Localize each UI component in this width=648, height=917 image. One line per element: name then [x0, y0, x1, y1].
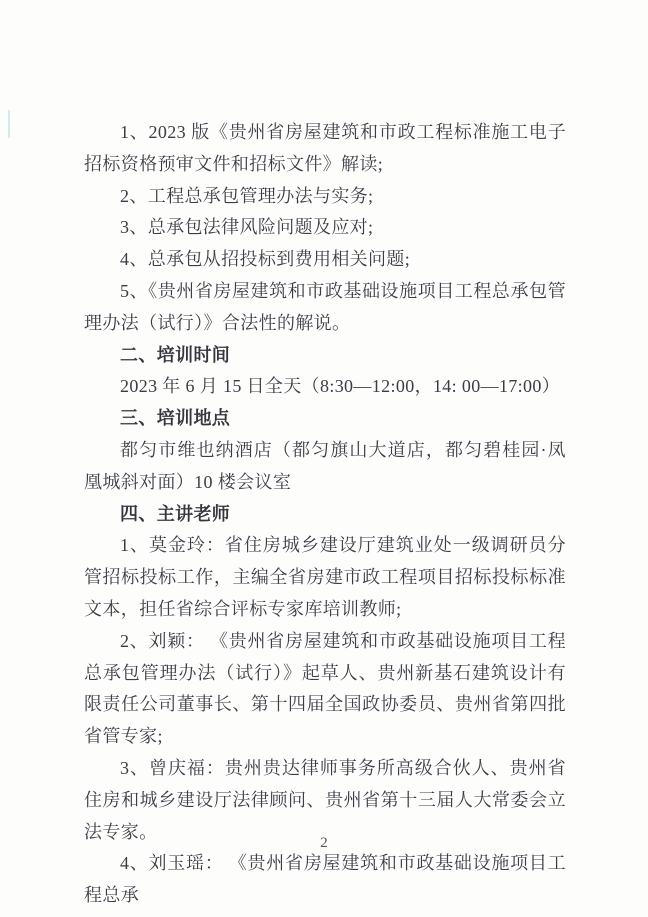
list-item-2: 2、工程总承包管理办法与实务; [84, 181, 566, 213]
document-body: 1、2023 版《贵州省房屋建筑和市政工程标准施工电子招标资格预审文件和招标文件… [84, 117, 566, 912]
scan-artifact [8, 110, 10, 138]
list-item-5: 5、《贵州省房屋建筑和市政基础设施项目工程总承包管理办法（试行）》合法性的解说。 [84, 276, 566, 340]
list-item-1: 1、2023 版《贵州省房屋建筑和市政工程标准施工电子招标资格预审文件和招标文件… [84, 117, 566, 181]
list-item-4: 4、总承包从招投标到费用相关问题; [84, 244, 566, 276]
lecturer-item-2: 2、刘颖： 《贵州省房屋建筑和市政基础设施项目工程总承包管理办法（试行）》起草人… [84, 626, 566, 753]
training-location-text: 都匀市维也纳酒店（都匀旗山大道店，都匀碧桂园·凤凰城斜对面）10 楼会议室 [84, 435, 566, 499]
section-heading-lecturers: 四、主讲老师 [84, 499, 566, 531]
section-heading-training-time: 二、培训时间 [84, 340, 566, 372]
training-time-text: 2023 年 6 月 15 日全天（8:30—12:00，14: 00—17:0… [84, 371, 566, 403]
lecturer-item-4: 4、刘玉瑶： 《贵州省房屋建筑和市政基础设施项目工程总承 [84, 848, 566, 912]
page-number: 2 [0, 835, 648, 852]
list-item-3: 3、总承包法律风险问题及应对; [84, 212, 566, 244]
document-page: 1、2023 版《贵州省房屋建筑和市政工程标准施工电子招标资格预审文件和招标文件… [0, 0, 648, 917]
section-heading-training-location: 三、培训地点 [84, 403, 566, 435]
lecturer-item-1: 1、莫金玲：省住房城乡建设厅建筑业处一级调研员分管招标投标工作，主编全省房建市政… [84, 530, 566, 625]
